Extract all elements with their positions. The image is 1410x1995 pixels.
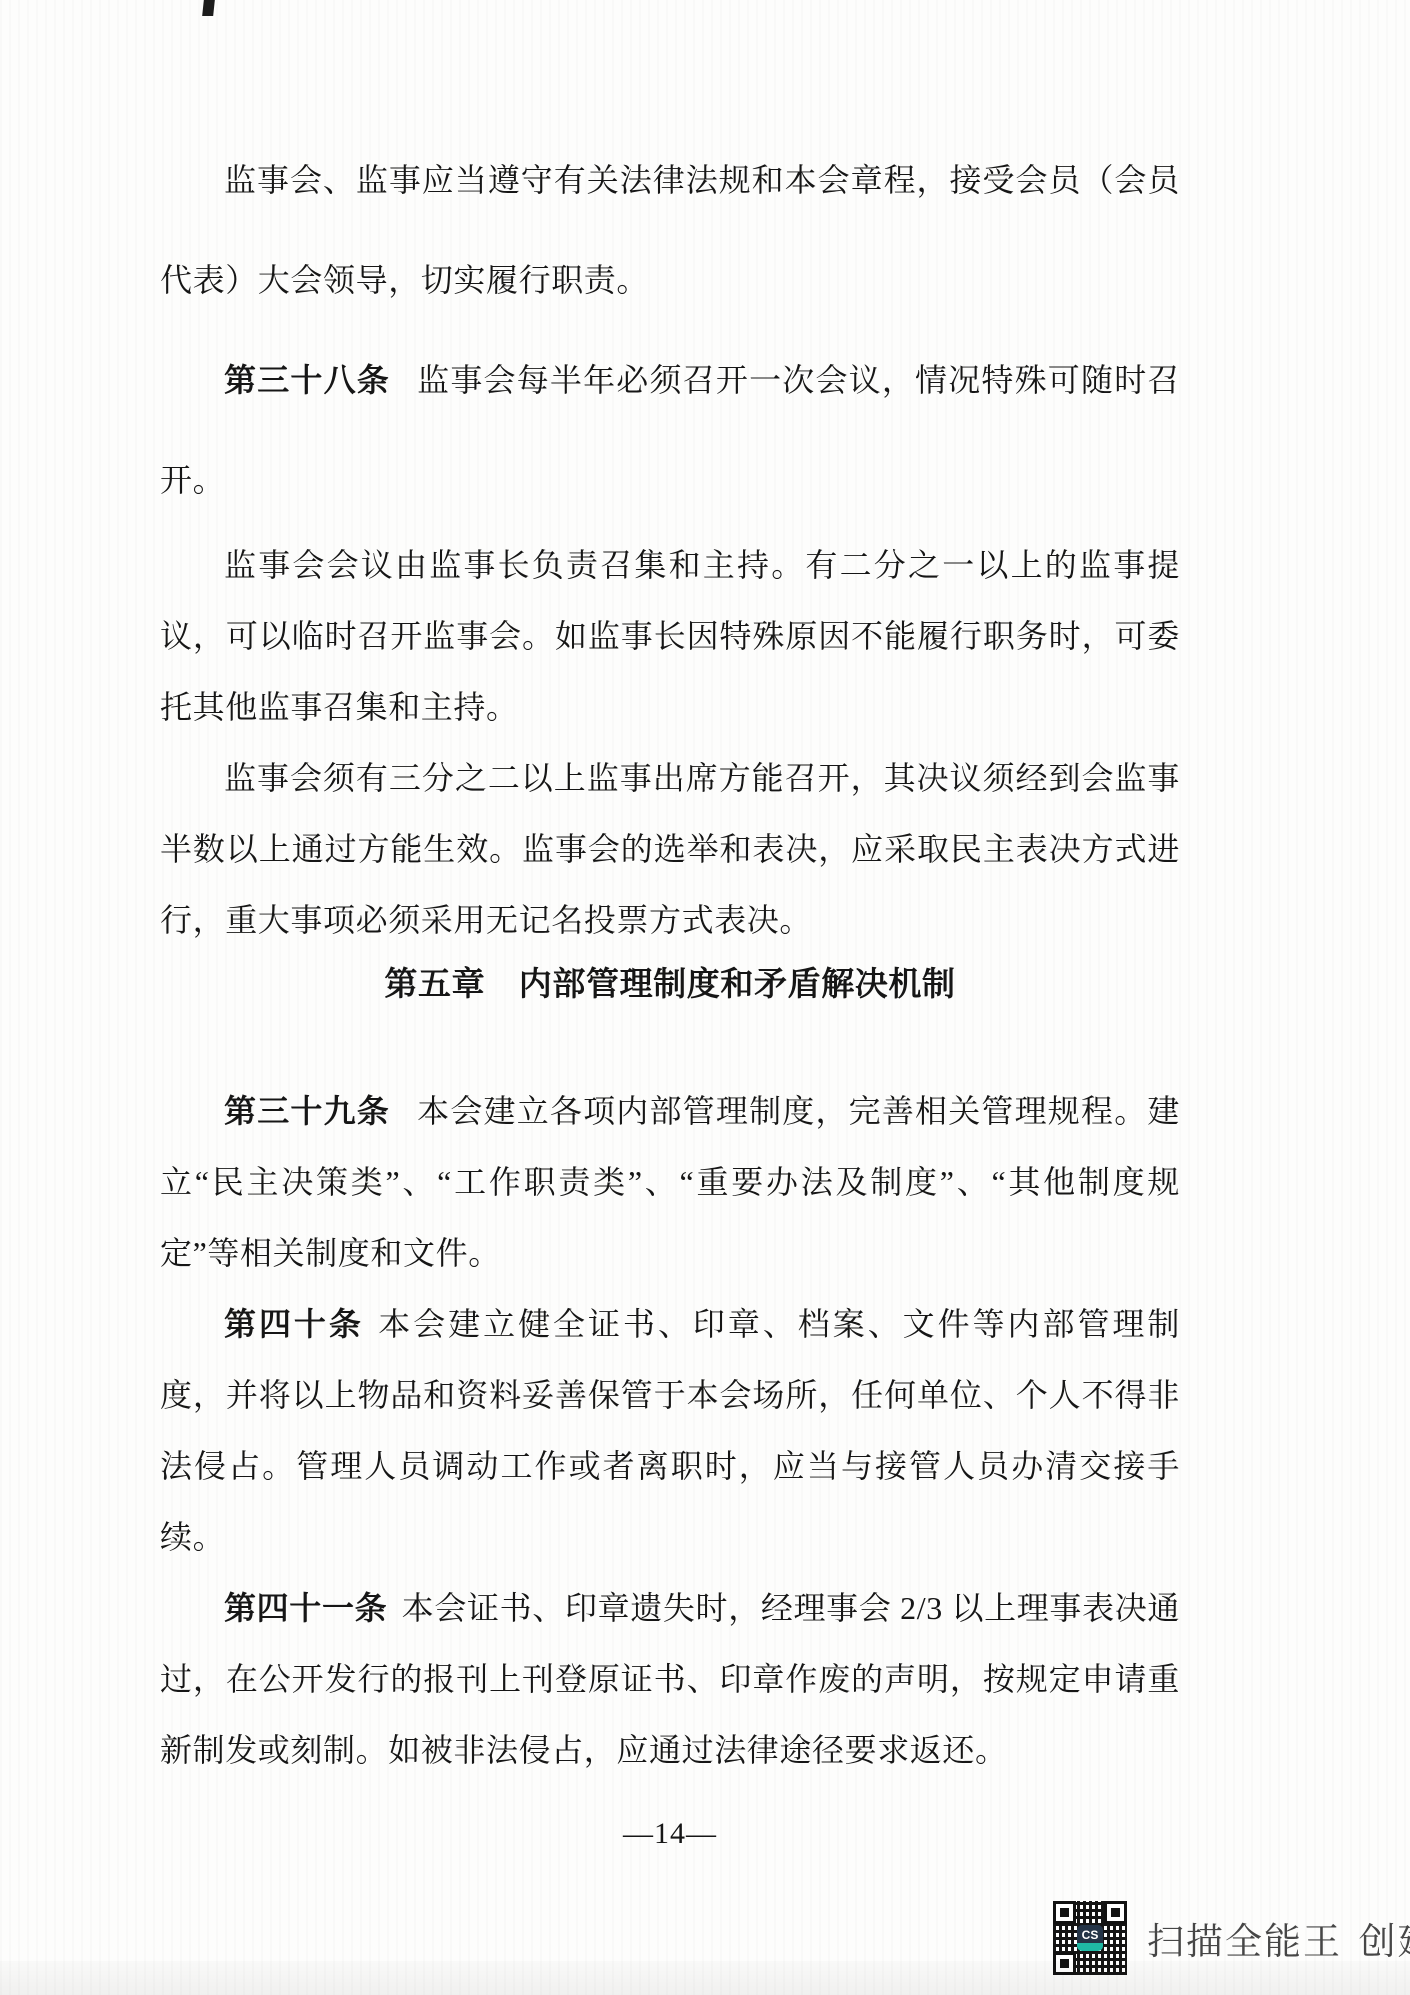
paragraph-text: 监事会、监事应当遵守有关法律法规和本会章程，接受会员（会员代表）大会领导，切实履… (160, 162, 1180, 298)
paragraph-board-meeting: 监事会会议由监事长负责召集和主持。有二分之一以上的监事提议，可以临时召开监事会。… (160, 530, 1180, 743)
watermark-app-name: 扫描全能王 (1147, 1922, 1342, 1963)
paragraph-article-39: 第三十九条本会建立各项内部管理制度，完善相关管理规程。建立“民主决策类”、“工作… (160, 1076, 1180, 1289)
paragraph-article-41: 第四十一条本会证书、印章遗失时，经理事会 2/3 以上理事表决通过，在公开发行的… (160, 1573, 1180, 1786)
document-body: 监事会、监事应当遵守有关法律法规和本会章程，接受会员（会员代表）大会领导，切实履… (160, 130, 1180, 1854)
paragraph-article-38: 第三十八条监事会每半年必须召开一次会议，情况特殊可随时召开。 (160, 330, 1180, 530)
qr-finder-icon (1104, 1901, 1127, 1924)
watermark-text: 扫描全能王创建 (1147, 1911, 1410, 1965)
scanned-page: { "document": { "paragraphs": [ { "lead"… (0, 0, 1410, 1995)
article-number: 第三十八条 (224, 362, 390, 398)
paragraph-text: 监事会须有三分之二以上监事出席方能召开，其决议须经到会监事半数以上通过方能生效。… (160, 760, 1180, 938)
article-number: 第三十九条 (224, 1093, 390, 1129)
article-number: 第四十条 (224, 1306, 364, 1342)
paragraph-quorum-voting: 监事会须有三分之二以上监事出席方能召开，其决议须经到会监事半数以上通过方能生效。… (160, 743, 1180, 956)
paragraph-supervisors-duty: 监事会、监事应当遵守有关法律法规和本会章程，接受会员（会员代表）大会领导，切实履… (160, 130, 1180, 330)
paragraph-text: 监事会会议由监事长负责召集和主持。有二分之一以上的监事提议，可以临时召开监事会。… (160, 547, 1180, 725)
scan-artifact-top-edge (202, 0, 215, 16)
camscanner-logo-icon: CS (1077, 1925, 1103, 1951)
article-text: 本会建立健全证书、印章、档案、文件等内部管理制度，并将以上物品和资料妥善保管于本… (160, 1306, 1180, 1555)
qr-finder-icon (1053, 1901, 1076, 1924)
chapter-heading: 第五章 内部管理制度和矛盾解决机制 (160, 956, 1180, 1014)
scan-artifact-bottom-edge (0, 1961, 1410, 1995)
page-number: —14— (160, 1814, 1180, 1854)
paragraph-article-40: 第四十条本会建立健全证书、印章、档案、文件等内部管理制度，并将以上物品和资料妥善… (160, 1289, 1180, 1573)
article-number: 第四十一条 (224, 1590, 387, 1626)
watermark-suffix: 创建 (1359, 1922, 1410, 1963)
